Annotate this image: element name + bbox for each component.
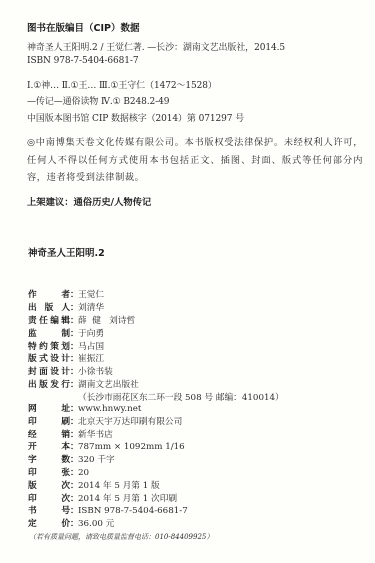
credit-row-cover-design: 封面设计 ： 小徐书装 [28, 366, 284, 379]
spec-label: 印张 [28, 467, 70, 480]
credit-row-editors: 责任编辑 ： 薛 健 刘诗哲 [28, 315, 284, 328]
spec-row-printer: 印刷 ： 北京天宇万达印刷有限公司 [28, 416, 188, 429]
credit-label: 监制 [28, 328, 70, 341]
spec-label: 开本 [28, 441, 70, 454]
credit-value: 马占国 [78, 341, 104, 354]
credit-row-supervisor: 监制 ： 于向勇 [28, 328, 284, 341]
spec-value: 2014 年 5 月第 1 次印刷 [78, 493, 177, 506]
spec-label: 定价 [28, 518, 70, 531]
spec-value: 36.00 元 [78, 518, 114, 531]
spec-label: 字数 [28, 454, 70, 467]
credit-row-publisher-person: 出版人 ： 刘清华 [28, 302, 284, 315]
credit-row-author: 作者 ： 王觉仁 [28, 289, 284, 302]
spec-label: 版次 [28, 480, 70, 493]
cip-line-category: —传记—通俗读物 Ⅳ.① B248.2-49 [27, 94, 169, 107]
cip-line-isbn: ISBN 978-7-5404-6681-7 [27, 56, 138, 66]
spec-row-distributor: 经销 ： 新华书店 [28, 429, 188, 442]
book-title: 神奇圣人王阳明.2 [28, 245, 105, 259]
credits-list: 作者 ： 王觉仁 出版人 ： 刘清华 责任编辑 ： 薛 健 刘诗哲 监制 ： 于… [28, 289, 284, 405]
quality-hotline-note: （若有质量问题，请致电质量监督电话：010-84409925） [29, 532, 213, 542]
credit-value: 湖南文艺出版社 [78, 379, 139, 392]
credit-value: 小徐书装 [78, 366, 113, 379]
spec-row-print-sheets: 印张 ： 20 [28, 467, 188, 480]
credit-value: 于向勇 [78, 328, 104, 341]
spec-value: ISBN 978-7-5404-6681-7 [78, 505, 188, 518]
spec-value: 2014 年 5 月第 1 版 [78, 480, 160, 493]
credit-row-planner: 特约策划 ： 马占国 [28, 341, 284, 354]
spec-label: 印刷 [28, 416, 70, 429]
spec-value: 北京天宇万达印刷有限公司 [78, 416, 182, 429]
credit-label: 作者 [28, 289, 70, 302]
spec-row-edition: 版次 ： 2014 年 5 月第 1 版 [28, 480, 188, 493]
spec-row-price: 定价 ： 36.00 元 [28, 518, 188, 531]
spec-row-format: 开本 ： 787mm × 1092mm 1/16 [28, 441, 188, 454]
cip-line-title: 神奇圣人王阳明.2 / 王觉仁著. —长沙：湖南文艺出版社，2014.5 [27, 40, 285, 53]
spec-row-isbn: 书号 ： ISBN 978-7-5404-6681-7 [28, 505, 188, 518]
specs-list: 网址 ： www.hnwy.net 印刷 ： 北京天宇万达印刷有限公司 经销 ：… [28, 403, 188, 531]
spec-label: 印次 [28, 493, 70, 506]
website-link[interactable]: www.hnwy.net [78, 403, 141, 416]
cip-heading: 图书在版编目（CIP）数据 [27, 20, 139, 34]
spec-label: 经销 [28, 429, 70, 442]
credit-value: 王觉仁 [78, 289, 104, 302]
spec-label: 网址 [28, 403, 70, 416]
spec-value: 新华书店 [78, 429, 113, 442]
spec-value: 787mm × 1092mm 1/16 [78, 441, 185, 454]
credit-label: 责任编辑 [28, 315, 70, 328]
spec-label: 书号 [28, 505, 70, 518]
spec-value: 320 千字 [78, 454, 115, 467]
credit-label: 出版人 [28, 302, 70, 315]
credit-label: 封面设计 [28, 366, 70, 379]
spec-row-website: 网址 ： www.hnwy.net [28, 403, 188, 416]
credit-value: 刘清华 [78, 302, 104, 315]
cip-line-classification: Ⅰ.①神… Ⅱ.①王… Ⅲ.①王守仁（1472～1528） [27, 78, 217, 91]
spec-value: 20 [78, 467, 89, 480]
credit-row-distribution: 出版发行 ： 湖南文艺出版社 [28, 379, 284, 392]
spec-row-printing: 印次 ： 2014 年 5 月第 1 次印刷 [28, 493, 188, 506]
copyright-page: 图书在版编目（CIP）数据 神奇圣人王阳明.2 / 王觉仁著. —长沙：湖南文艺… [0, 0, 375, 563]
spec-row-word-count: 字数 ： 320 千字 [28, 454, 188, 467]
cip-line-record-number: 中国版本图书馆 CIP 数据核字（2014）第 071297 号 [27, 111, 244, 124]
credit-row-layout-design: 版式设计 ： 崔振江 [28, 353, 284, 366]
credit-label: 版式设计 [28, 353, 70, 366]
copyright-notice: ◎中南博集天卷文化传媒有限公司。本书版权受法律保护。未经权利人许可，任何人不得以… [27, 134, 363, 187]
credit-label: 出版发行 [28, 379, 70, 392]
credit-value: 薛 健 刘诗哲 [78, 315, 135, 328]
credit-value: 崔振江 [78, 353, 104, 366]
shelf-suggestion: 上架建议：通俗历史/人物传记 [27, 194, 151, 208]
credit-label: 特约策划 [28, 341, 70, 354]
